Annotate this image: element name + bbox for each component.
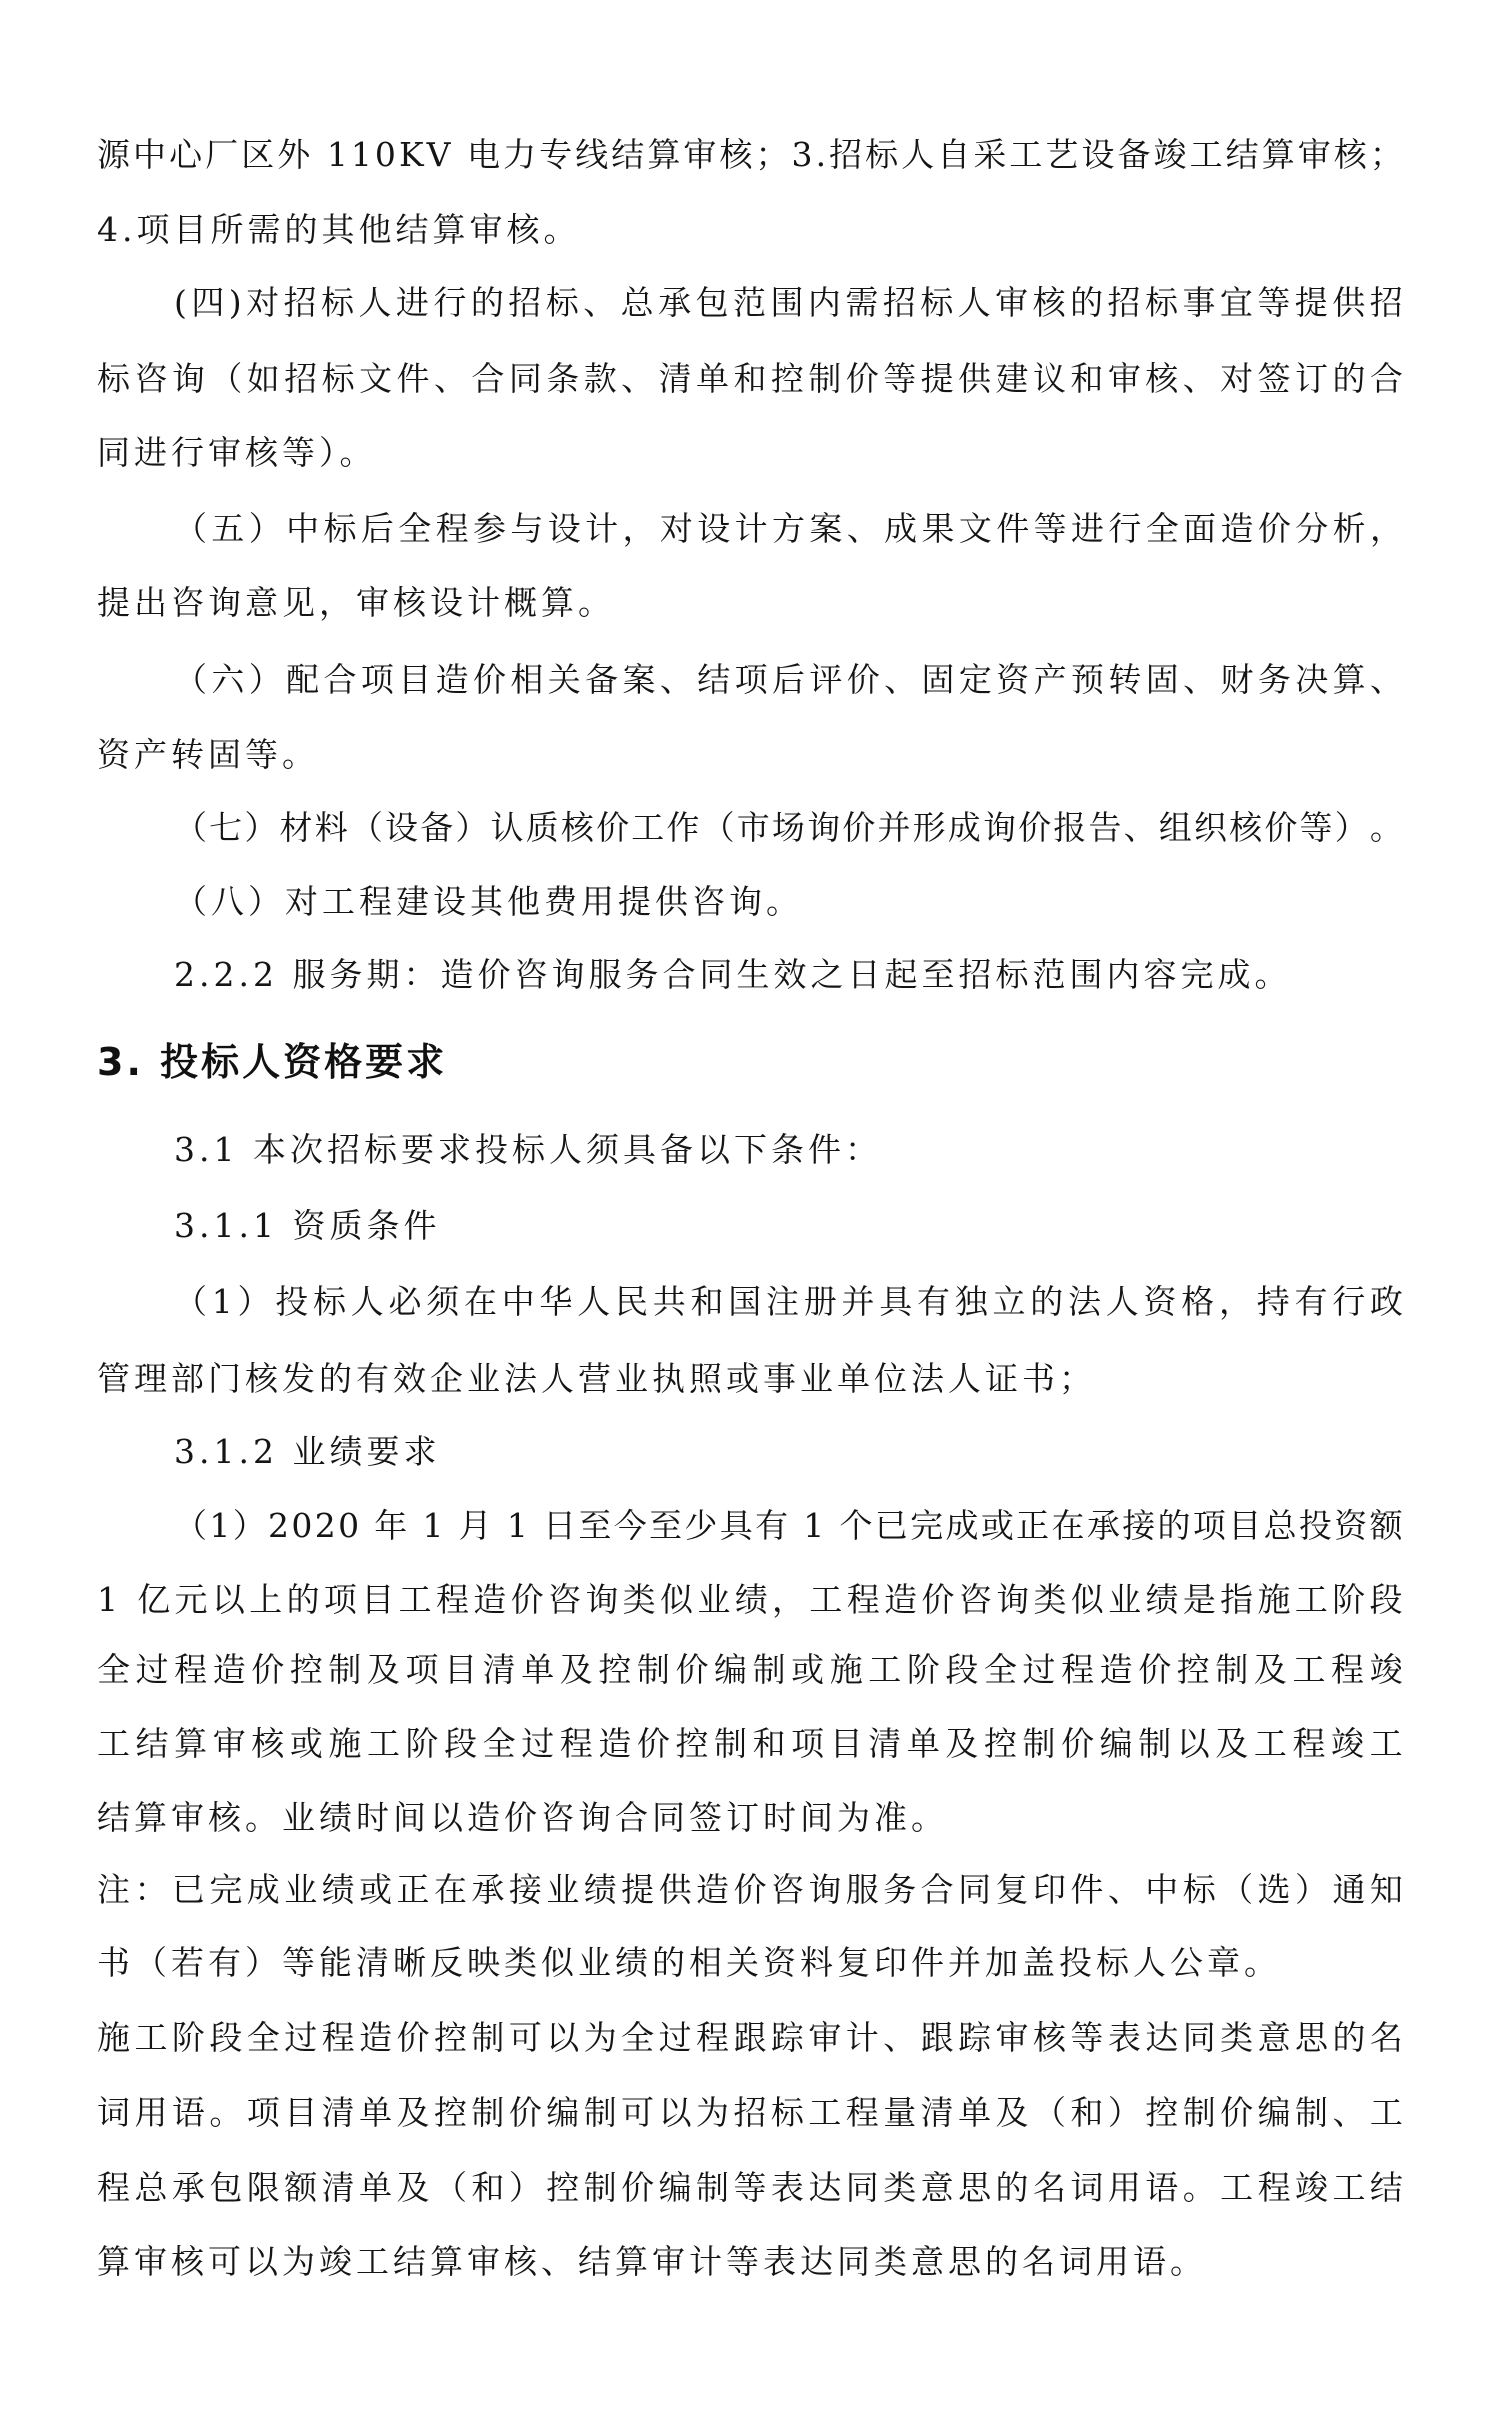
section-heading-bidder-qualifications: 3. 投标人资格要求: [97, 1037, 447, 1087]
paragraph-line: 2.2.2 服务期：造价咨询服务合同生效之日起至招标范围内容完成。: [174, 953, 1403, 997]
paragraph-line: 结算审核。业绩时间以造价咨询合同签订时间为准。: [97, 1796, 1403, 1840]
paragraph-line: （1）2020 年 1 月 1 日至今至少具有 1 个已完成或正在承接的项目总投…: [174, 1504, 1403, 1548]
paragraph-line: 注：已完成业绩或正在承接业绩提供造价咨询服务合同复印件、中标（选）通知: [97, 1868, 1403, 1912]
paragraph-line: 标咨询（如招标文件、合同条款、清单和控制价等提供建议和审核、对签订的合: [97, 357, 1403, 401]
paragraph-line: （1）投标人必须在中华人民共和国注册并具有独立的法人资格，持有行政: [174, 1280, 1403, 1324]
paragraph-line: 工结算审核或施工阶段全过程造价控制和项目清单及控制价编制以及工程竣工: [97, 1722, 1403, 1766]
document-page: 源中心厂区外 110KV 电力专线结算审核；3.招标人自采工艺设备竣工结算审核；…: [0, 0, 1500, 2414]
paragraph-line: 程总承包限额清单及（和）控制价编制等表达同类意思的名词用语。工程竣工结: [97, 2166, 1403, 2210]
paragraph-line: 3.1 本次招标要求投标人须具备以下条件：: [174, 1128, 1403, 1172]
paragraph-line: 施工阶段全过程造价控制可以为全过程跟踪审计、跟踪审核等表达同类意思的名: [97, 2016, 1403, 2060]
paragraph-line: （七）材料（设备）认质核价工作（市场询价并形成询价报告、组织核价等）。: [174, 806, 1403, 850]
paragraph-line: 3.1.1 资质条件: [174, 1204, 1403, 1248]
paragraph-line: 算审核可以为竣工结算审核、结算审计等表达同类意思的名词用语。: [97, 2240, 1403, 2284]
paragraph-line: 源中心厂区外 110KV 电力专线结算审核；3.招标人自采工艺设备竣工结算审核；: [97, 133, 1403, 177]
paragraph-line: 提出咨询意见，审核设计概算。: [97, 581, 1403, 625]
paragraph-line: 书（若有）等能清晰反映类似业绩的相关资料复印件并加盖投标人公章。: [97, 1941, 1403, 1985]
paragraph-line: 同进行审核等）。: [97, 431, 1403, 475]
paragraph-line: 1 亿元以上的项目工程造价咨询类似业绩，工程造价咨询类似业绩是指施工阶段: [97, 1578, 1403, 1622]
paragraph-line: （六）配合项目造价相关备案、结项后评价、固定资产预转固、财务决算、: [174, 658, 1403, 702]
paragraph-line: （八）对工程建设其他费用提供咨询。: [174, 880, 1403, 924]
paragraph-line: 3.1.2 业绩要求: [174, 1430, 1403, 1474]
paragraph-line: 4.项目所需的其他结算审核。: [97, 208, 1403, 252]
paragraph-line: （五）中标后全程参与设计，对设计方案、成果文件等进行全面造价分析，: [174, 507, 1403, 551]
paragraph-line: 全过程造价控制及项目清单及控制价编制或施工阶段全过程造价控制及工程竣: [97, 1648, 1403, 1692]
paragraph-line: 词用语。项目清单及控制价编制可以为招标工程量清单及（和）控制价编制、工: [97, 2091, 1403, 2135]
paragraph-line: 资产转固等。: [97, 733, 1403, 777]
paragraph-line: 管理部门核发的有效企业法人营业执照或事业单位法人证书；: [97, 1357, 1403, 1401]
paragraph-line: (四)对招标人进行的招标、总承包范围内需招标人审核的招标事宜等提供招: [174, 281, 1403, 325]
